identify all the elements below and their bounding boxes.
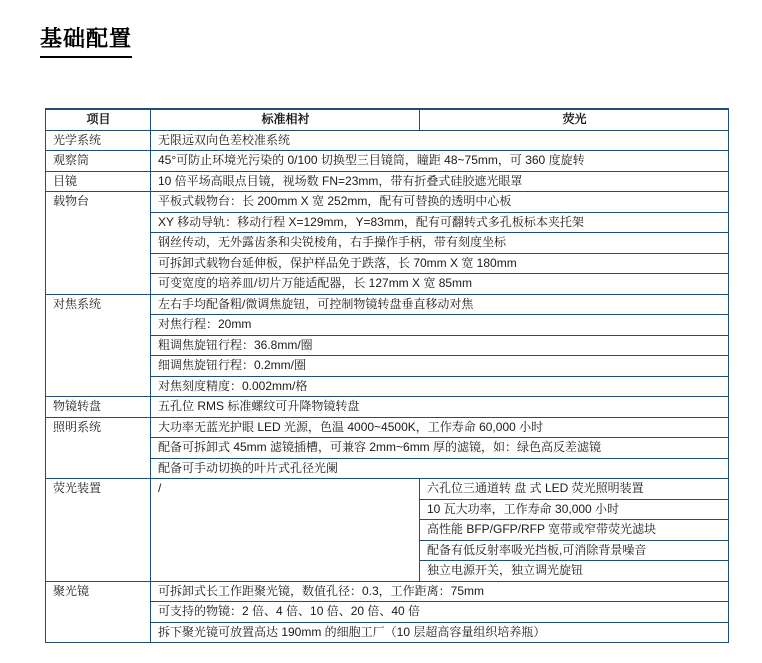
spec-cell: 配备可手动切换的叶片式孔径光阑 — [151, 458, 729, 479]
table-row: 聚光镜 可拆卸式长工作距聚光镜，数值孔径：0.3，工作距离：75mm — [46, 581, 729, 602]
spec-cell: 五孔位 RMS 标准螺纹可升降物镜转盘 — [151, 397, 729, 418]
header-row: 项目 标准相衬 荧光 — [46, 109, 729, 130]
table-row: 对焦系统 左右手均配备粗/微调焦旋钮，可控制物镜转盘垂直移动对焦 — [46, 294, 729, 315]
spec-cell: 钢丝传动，无外露齿条和尖锐棱角，右手操作手柄，带有刻度坐标 — [151, 233, 729, 254]
spec-cell: 可变宽度的培养皿/切片万能适配器，长 127mm X 宽 85mm — [151, 274, 729, 295]
table-row: 光学系统 无限远双向色差校准系统 — [46, 130, 729, 151]
row-label-observation-tube: 观察筒 — [46, 151, 151, 172]
spec-cell: 对焦行程：20mm — [151, 315, 729, 336]
spec-cell: 平板式载物台：长 200mm X 宽 252mm，配有可替换的透明中心板 — [151, 192, 729, 213]
spec-cell-fluorescence: 10 瓦大功率，工作寿命 30,000 小时 — [420, 499, 729, 520]
spec-cell-fluorescence: 高性能 BFP/GFP/RFP 宽带或窄带荧光滤块 — [420, 520, 729, 541]
row-label-stage: 载物台 — [46, 192, 151, 295]
spec-table: 项目 标准相衬 荧光 光学系统 无限远双向色差校准系统 观察筒 45°可防止环境… — [45, 108, 729, 643]
spec-cell: 细调焦旋钮行程：0.2mm/圈 — [151, 356, 729, 377]
table-row: 观察筒 45°可防止环境光污染的 0/100 切换型三目镜筒，瞳距 48~75m… — [46, 151, 729, 172]
spec-cell-fluorescence: 独立电源开关，独立调光旋钮 — [420, 561, 729, 582]
table-row: 目镜 10 倍平场高眼点目镜，视场数 FN=23mm，带有折叠式硅胶遮光眼罩 — [46, 171, 729, 192]
row-label-nosepiece: 物镜转盘 — [46, 397, 151, 418]
table-row: 荧光装置 / 六孔位三通道转 盘 式 LED 荧光照明装置 — [46, 479, 729, 500]
spec-cell: 拆下聚光镜可放置高达 190mm 的细胞工厂（10 层超高容量组织培养瓶） — [151, 622, 729, 643]
spec-cell: 45°可防止环境光污染的 0/100 切换型三目镜筒，瞳距 48~75mm，可 … — [151, 151, 729, 172]
spec-cell-fluorescence: 配备有低反射率吸光挡板,可消除背景噪音 — [420, 540, 729, 561]
row-label-eyepiece: 目镜 — [46, 171, 151, 192]
table-row: 照明系统 大功率无蓝光护眼 LED 光源，色温 4000~4500K，工作寿命 … — [46, 417, 729, 438]
spec-cell: 无限远双向色差校准系统 — [151, 130, 729, 151]
spec-cell-standard-slash: / — [151, 479, 420, 582]
document-page: 基础配置 项目 标准相衬 荧光 光学系统 无限远双向色差校准系统 观察筒 45°… — [0, 0, 762, 663]
spec-cell: 可拆卸式长工作距聚光镜，数值孔径：0.3，工作距离：75mm — [151, 581, 729, 602]
spec-cell: 粗调焦旋钮行程：36.8mm/圈 — [151, 335, 729, 356]
spec-cell: 可支持的物镜：2 倍、4 倍、10 倍、20 倍、40 倍 — [151, 602, 729, 623]
table-row: 物镜转盘 五孔位 RMS 标准螺纹可升降物镜转盘 — [46, 397, 729, 418]
spec-cell: 10 倍平场高眼点目镜，视场数 FN=23mm，带有折叠式硅胶遮光眼罩 — [151, 171, 729, 192]
row-label-fluorescence-unit: 荧光装置 — [46, 479, 151, 582]
spec-cell: 对焦刻度精度：0.002mm/格 — [151, 376, 729, 397]
row-label-optical-system: 光学系统 — [46, 130, 151, 151]
row-label-illumination-system: 照明系统 — [46, 417, 151, 479]
spec-cell: 左右手均配备粗/微调焦旋钮，可控制物镜转盘垂直移动对焦 — [151, 294, 729, 315]
col-header-standard-phase-contrast: 标准相衬 — [151, 109, 420, 130]
spec-cell: XY 移动导轨：移动行程 X=129mm，Y=83mm，配有可翻转式多孔板标本夹… — [151, 212, 729, 233]
col-header-fluorescence: 荧光 — [420, 109, 729, 130]
col-header-item: 项目 — [46, 109, 151, 130]
spec-cell-fluorescence: 六孔位三通道转 盘 式 LED 荧光照明装置 — [420, 479, 729, 500]
table-row: 载物台 平板式载物台：长 200mm X 宽 252mm，配有可替换的透明中心板 — [46, 192, 729, 213]
spec-cell: 可拆卸式载物台延伸板，保护样品免于跌落，长 70mm X 宽 180mm — [151, 253, 729, 274]
row-label-condenser: 聚光镜 — [46, 581, 151, 643]
spec-cell: 大功率无蓝光护眼 LED 光源，色温 4000~4500K，工作寿命 60,00… — [151, 417, 729, 438]
spec-cell: 配备可拆卸式 45mm 滤镜插槽，可兼容 2mm~6mm 厚的滤镜，如：绿色高反… — [151, 438, 729, 459]
row-label-focus-system: 对焦系统 — [46, 294, 151, 397]
page-title: 基础配置 — [40, 22, 132, 58]
